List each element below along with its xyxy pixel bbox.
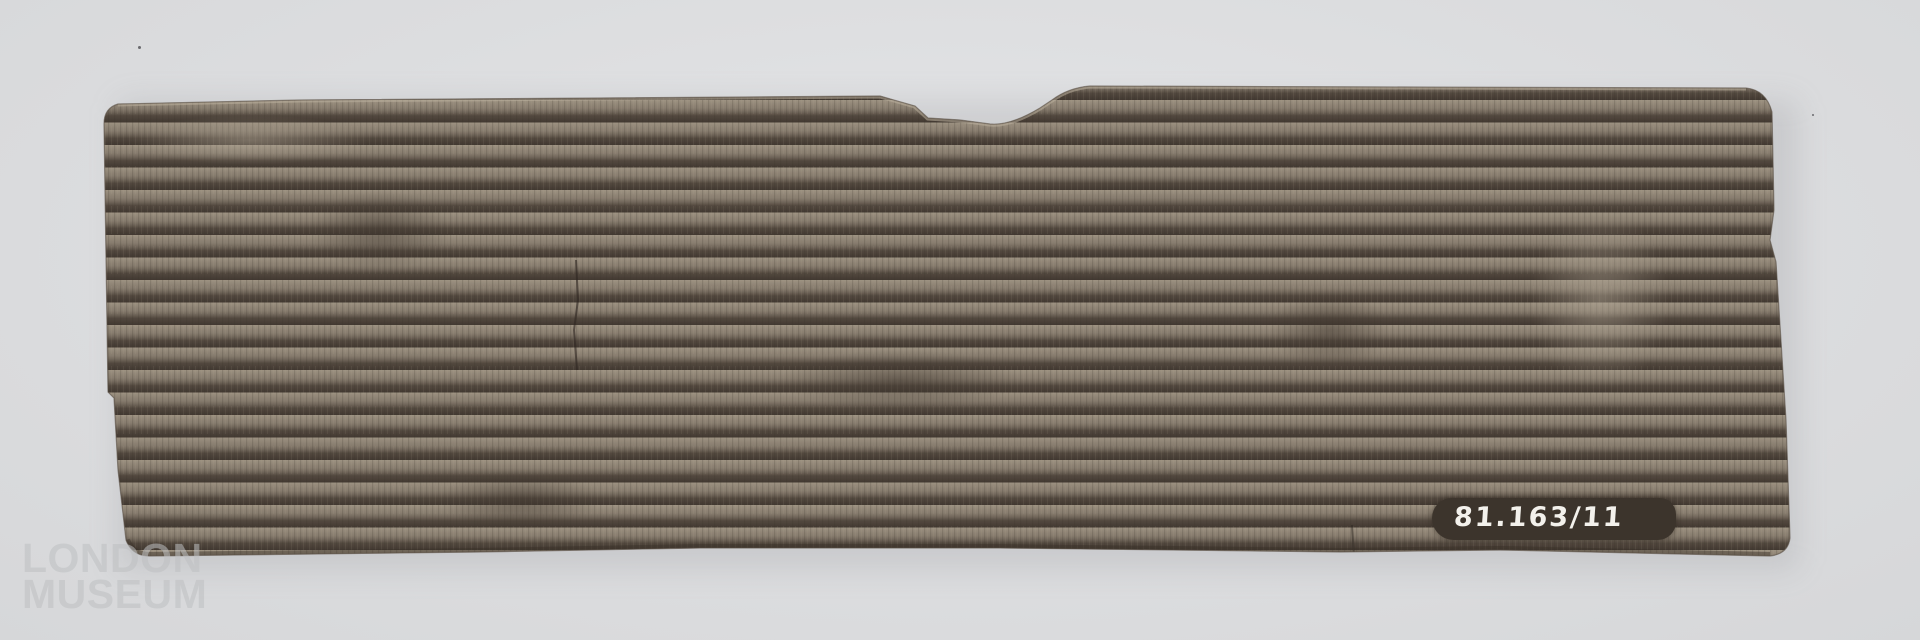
wooden-tablet	[0, 0, 1920, 640]
dust-speck	[1812, 114, 1814, 116]
dust-speck	[138, 46, 141, 49]
watermark-line-2: MUSEUM	[22, 576, 207, 612]
photo-stage: 81.163/11 LONDON MUSEUM	[0, 0, 1920, 640]
accession-number: 81.163/11	[1453, 502, 1625, 533]
accession-label: 81.163/11	[1432, 498, 1676, 540]
museum-watermark: LONDON MUSEUM	[22, 540, 207, 612]
